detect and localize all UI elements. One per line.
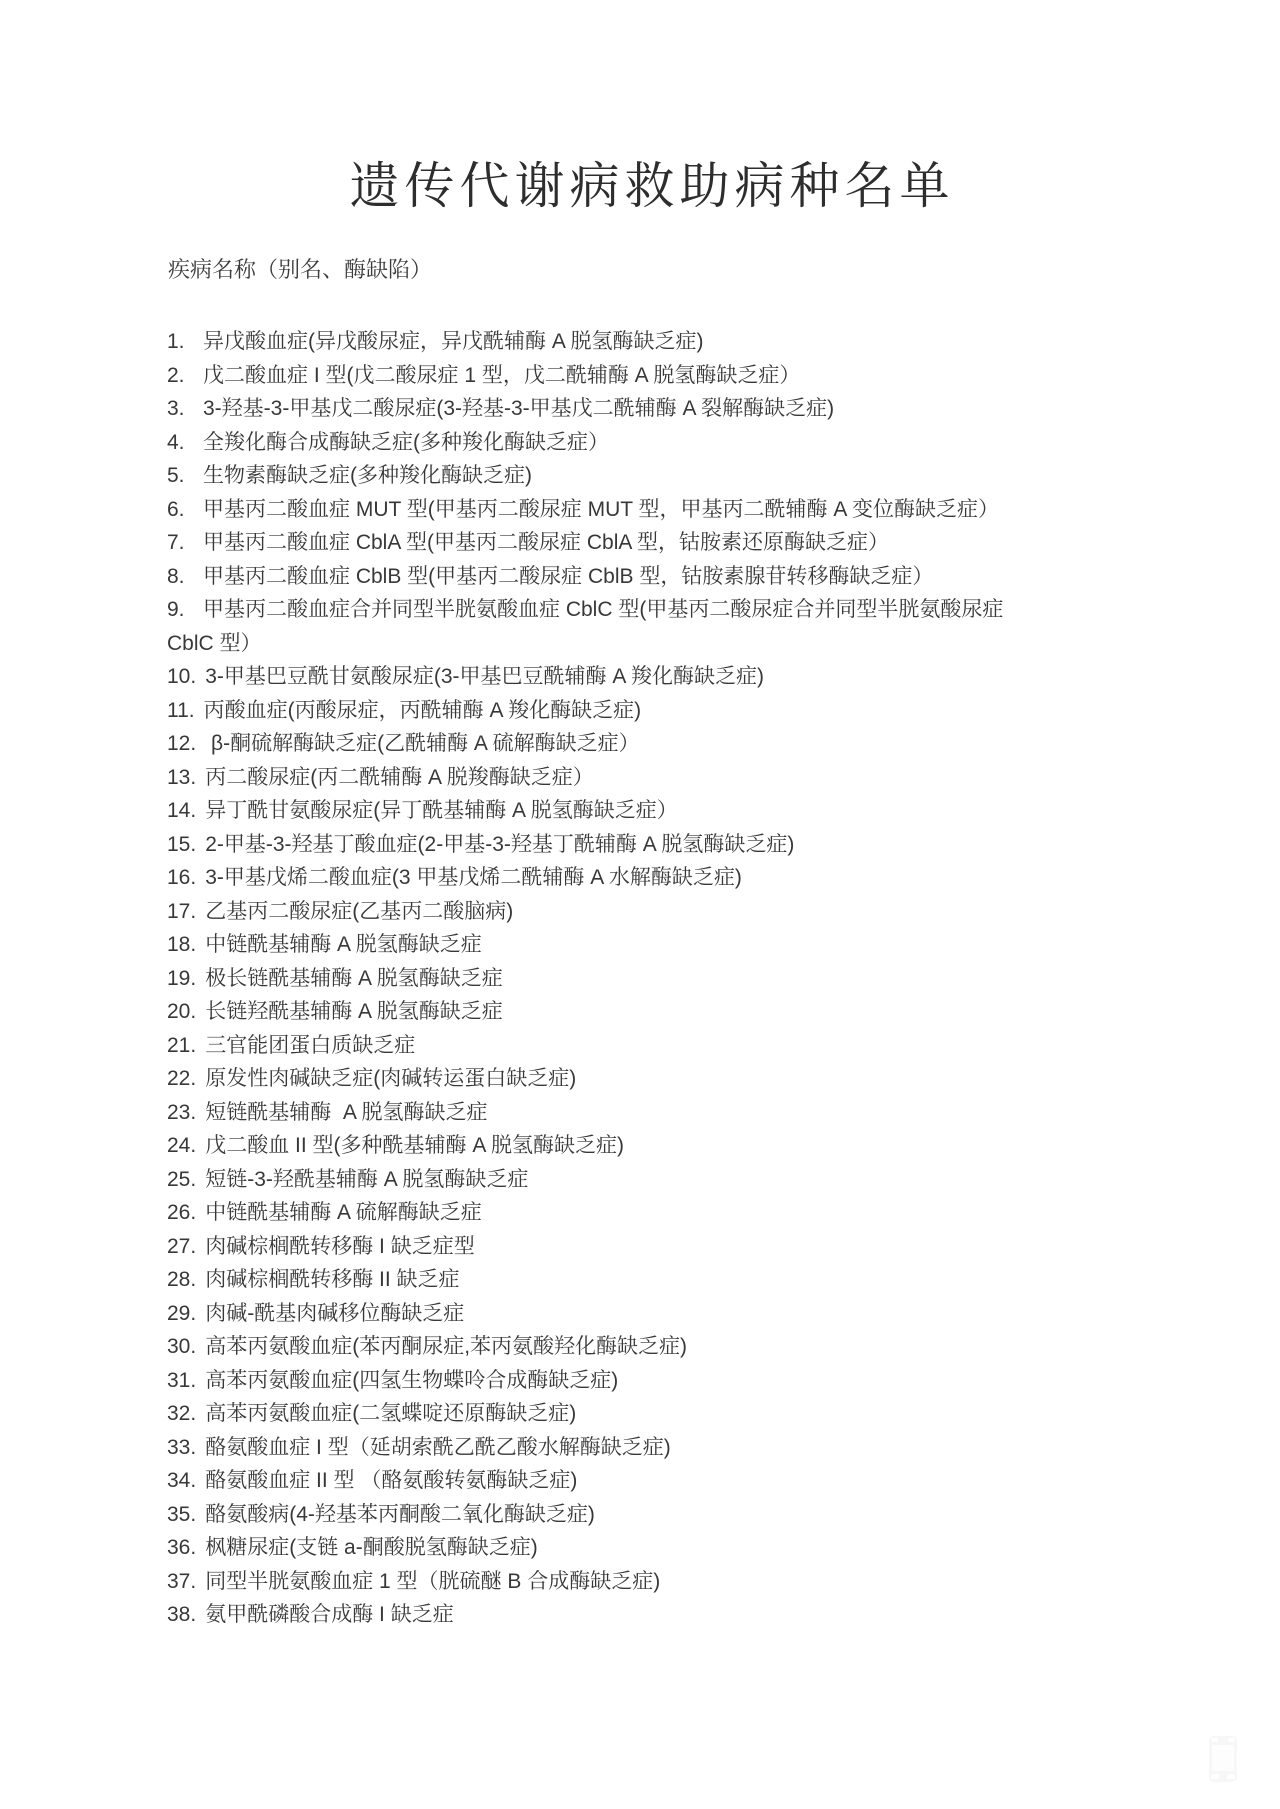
list-item: 19.极长链酰基辅酶 A 脱氢酶缺乏症 xyxy=(167,962,1187,996)
list-item: 6.甲基丙二酸血症 MUT 型(甲基丙二酸尿症 MUT 型，甲基丙二酰辅酶 A … xyxy=(167,493,1187,527)
item-number: 34. xyxy=(167,1464,196,1498)
list-item: 30.高苯丙氨酸血症(苯丙酮尿症,苯丙氨酸羟化酶缺乏症) xyxy=(167,1330,1187,1364)
item-number: 10. xyxy=(167,660,196,694)
item-text: 高苯丙氨酸血症(苯丙酮尿症,苯丙氨酸羟化酶缺乏症) xyxy=(205,1330,687,1364)
item-text: 3-羟基-3-甲基戊二酸尿症(3-羟基-3-甲基戊二酰辅酶 A 裂解酶缺乏症) xyxy=(203,392,834,426)
item-number: 37. xyxy=(167,1565,196,1599)
item-number: 4. xyxy=(167,426,194,460)
item-number: 9. xyxy=(167,593,194,627)
list-item: 36.枫糖尿症(支链 a-酮酸脱氢酶缺乏症) xyxy=(167,1531,1187,1565)
item-number: 21. xyxy=(167,1029,196,1063)
list-item: 20.长链羟酰基辅酶 A 脱氢酶缺乏症 xyxy=(167,995,1187,1029)
item-number: 8. xyxy=(167,560,194,594)
item-number: 32. xyxy=(167,1397,196,1431)
item-text: 异戊酸血症(异戊酸尿症，异戊酰辅酶 A 脱氢酶缺乏症) xyxy=(203,325,704,359)
item-number: 1. xyxy=(167,325,194,359)
item-text: 枫糖尿症(支链 a-酮酸脱氢酶缺乏症) xyxy=(205,1531,538,1565)
list-item: 26.中链酰基辅酶 A 硫解酶缺乏症 xyxy=(167,1196,1187,1230)
item-number: 14. xyxy=(167,794,196,828)
item-text: 甲基丙二酸血症 CblA 型(甲基丙二酸尿症 CblA 型，钴胺素还原酶缺乏症） xyxy=(203,526,889,560)
list-item: 18.中链酰基辅酶 A 脱氢酶缺乏症 xyxy=(167,928,1187,962)
list-item: 12. β-酮硫解酶缺乏症(乙酰辅酶 A 硫解酶缺乏症） xyxy=(167,727,1187,761)
item-text-continuation: CblC 型） xyxy=(167,627,262,661)
list-item: 32.高苯丙氨酸血症(二氢蝶啶还原酶缺乏症) xyxy=(167,1397,1187,1431)
item-text: 中链酰基辅酶 A 脱氢酶缺乏症 xyxy=(205,928,482,962)
list-item: 15.2-甲基-3-羟基丁酸血症(2-甲基-3-羟基丁酰辅酶 A 脱氢酶缺乏症) xyxy=(167,828,1187,862)
item-number: 23. xyxy=(167,1096,196,1130)
phone-icon-detail xyxy=(1228,1738,1235,1742)
list-item: 1.异戊酸血症(异戊酸尿症，异戊酰辅酶 A 脱氢酶缺乏症) xyxy=(167,325,1187,359)
item-text: 氨甲酰磷酸合成酶 I 缺乏症 xyxy=(205,1598,454,1632)
page-title: 遗传代谢病救助病种名单 xyxy=(0,158,1280,214)
item-text: 高苯丙氨酸血症(二氢蝶啶还原酶缺乏症) xyxy=(205,1397,576,1431)
list-item: 38.氨甲酰磷酸合成酶 I 缺乏症 xyxy=(167,1598,1187,1632)
item-number: 13. xyxy=(167,761,196,795)
item-number: 2. xyxy=(167,359,194,393)
disease-list: 1.异戊酸血症(异戊酸尿症，异戊酰辅酶 A 脱氢酶缺乏症)2.戊二酸血症 I 型… xyxy=(167,325,1187,1632)
item-number: 12. xyxy=(167,727,196,761)
item-number: 38. xyxy=(167,1598,196,1632)
item-number: 25. xyxy=(167,1163,196,1197)
item-text: 戊二酸血症 I 型(戊二酸尿症 1 型，戊二酰辅酶 A 脱氢酶缺乏症） xyxy=(203,359,800,393)
phone-icon-detail xyxy=(1227,1774,1235,1779)
list-item: 22.原发性肉碱缺乏症(肉碱转运蛋白缺乏症) xyxy=(167,1062,1187,1096)
item-number: 11. xyxy=(167,694,195,728)
item-number: 20. xyxy=(167,995,196,1029)
item-number: 36. xyxy=(167,1531,196,1565)
item-number: 35. xyxy=(167,1498,196,1532)
item-text: 异丁酰甘氨酸尿症(异丁酰基辅酶 A 脱氢酶缺乏症） xyxy=(205,794,678,828)
list-item: 17.乙基丙二酸尿症(乙基丙二酸脑病) xyxy=(167,895,1187,929)
list-item: 28.肉碱棕榈酰转移酶 II 缺乏症 xyxy=(167,1263,1187,1297)
item-number: 30. xyxy=(167,1330,196,1364)
item-text: 戊二酸血 II 型(多种酰基辅酶 A 脱氢酶缺乏症) xyxy=(205,1129,624,1163)
item-text: β-酮硫解酶缺乏症(乙酰辅酶 A 硫解酶缺乏症） xyxy=(205,727,639,761)
list-item: 24.戊二酸血 II 型(多种酰基辅酶 A 脱氢酶缺乏症) xyxy=(167,1129,1187,1163)
list-item: 35.酪氨酸病(4-羟基苯丙酮酸二氧化酶缺乏症) xyxy=(167,1498,1187,1532)
phone-icon-detail xyxy=(1211,1774,1219,1779)
item-text: 极长链酰基辅酶 A 脱氢酶缺乏症 xyxy=(205,962,503,996)
item-text: 甲基丙二酸血症 CblB 型(甲基丙二酸尿症 CblB 型，钴胺素腺苷转移酶缺乏… xyxy=(203,560,933,594)
item-number: 19. xyxy=(167,962,196,996)
item-number: 24. xyxy=(167,1129,196,1163)
item-text: 甲基丙二酸血症 MUT 型(甲基丙二酸尿症 MUT 型，甲基丙二酰辅酶 A 变位… xyxy=(203,493,999,527)
list-item: 37.同型半胱氨酸血症 1 型（胱硫醚 B 合成酶缺乏症) xyxy=(167,1565,1187,1599)
item-number: 33. xyxy=(167,1431,196,1465)
phone-icon-detail xyxy=(1211,1738,1218,1742)
list-item-continuation: CblC 型） xyxy=(167,627,1187,661)
item-text: 高苯丙氨酸血症(四氢生物蝶呤合成酶缺乏症) xyxy=(205,1364,618,1398)
subtitle: 疾病名称（别名、酶缺陷） xyxy=(168,256,432,284)
item-number: 15. xyxy=(167,828,196,862)
list-item: 2.戊二酸血症 I 型(戊二酸尿症 1 型，戊二酰辅酶 A 脱氢酶缺乏症） xyxy=(167,359,1187,393)
item-number: 17. xyxy=(167,895,196,929)
item-text: 长链羟酰基辅酶 A 脱氢酶缺乏症 xyxy=(205,995,503,1029)
list-item: 34.酪氨酸血症 II 型 （酪氨酸转氨酶缺乏症) xyxy=(167,1464,1187,1498)
list-item: 8.甲基丙二酸血症 CblB 型(甲基丙二酸尿症 CblB 型，钴胺素腺苷转移酶… xyxy=(167,560,1187,594)
item-text: 甲基丙二酸血症合并同型半胱氨酸血症 CblC 型(甲基丙二酸尿症合并同型半胱氨酸… xyxy=(203,593,1003,627)
list-item: 10.3-甲基巴豆酰甘氨酸尿症(3-甲基巴豆酰辅酶 A 羧化酶缺乏症) xyxy=(167,660,1187,694)
list-item: 25.短链-3-羟酰基辅酶 A 脱氢酶缺乏症 xyxy=(167,1163,1187,1197)
item-number: 18. xyxy=(167,928,196,962)
item-text: 肉碱棕榈酰转移酶 II 缺乏症 xyxy=(205,1263,459,1297)
item-text: 肉碱-酰基肉碱移位酶缺乏症 xyxy=(205,1297,464,1331)
list-item: 23.短链酰基辅酶 A 脱氢酶缺乏症 xyxy=(167,1096,1187,1130)
item-text: 3-甲基戊烯二酸血症(3 甲基戊烯二酰辅酶 A 水解酶缺乏症) xyxy=(205,861,742,895)
item-text: 乙基丙二酸尿症(乙基丙二酸脑病) xyxy=(205,895,513,929)
document-page: 遗传代谢病救助病种名单 疾病名称（别名、酶缺陷） 1.异戊酸血症(异戊酸尿症，异… xyxy=(0,0,1280,1809)
list-item: 33.酪氨酸血症 I 型（延胡索酰乙酰乙酸水解酶缺乏症) xyxy=(167,1431,1187,1465)
item-text: 肉碱棕榈酰转移酶 I 缺乏症型 xyxy=(205,1230,475,1264)
item-text: 丙二酸尿症(丙二酰辅酶 A 脱羧酶缺乏症） xyxy=(205,761,594,795)
item-text: 酪氨酸血症 II 型 （酪氨酸转氨酶缺乏症) xyxy=(205,1464,577,1498)
list-item: 31.高苯丙氨酸血症(四氢生物蝶呤合成酶缺乏症) xyxy=(167,1364,1187,1398)
phone-icon-screen xyxy=(1212,1745,1234,1771)
item-number: 6. xyxy=(167,493,194,527)
item-number: 3. xyxy=(167,392,194,426)
phone-watermark-icon xyxy=(1209,1736,1237,1782)
item-text: 短链酰基辅酶 A 脱氢酶缺乏症 xyxy=(205,1096,487,1130)
item-number: 27. xyxy=(167,1230,196,1264)
list-item: 13.丙二酸尿症(丙二酰辅酶 A 脱羧酶缺乏症） xyxy=(167,761,1187,795)
list-item: 14.异丁酰甘氨酸尿症(异丁酰基辅酶 A 脱氢酶缺乏症） xyxy=(167,794,1187,828)
item-text: 2-甲基-3-羟基丁酸血症(2-甲基-3-羟基丁酰辅酶 A 脱氢酶缺乏症) xyxy=(205,828,794,862)
item-text: 酪氨酸病(4-羟基苯丙酮酸二氧化酶缺乏症) xyxy=(205,1498,595,1532)
list-item: 16.3-甲基戊烯二酸血症(3 甲基戊烯二酰辅酶 A 水解酶缺乏症) xyxy=(167,861,1187,895)
list-item: 4.全羧化酶合成酶缺乏症(多种羧化酶缺乏症） xyxy=(167,426,1187,460)
item-number: 16. xyxy=(167,861,196,895)
list-item: 7.甲基丙二酸血症 CblA 型(甲基丙二酸尿症 CblA 型，钴胺素还原酶缺乏… xyxy=(167,526,1187,560)
list-item: 27.肉碱棕榈酰转移酶 I 缺乏症型 xyxy=(167,1230,1187,1264)
item-text: 三官能团蛋白质缺乏症 xyxy=(205,1029,415,1063)
item-number: 22. xyxy=(167,1062,196,1096)
item-number: 28. xyxy=(167,1263,196,1297)
item-text: 生物素酶缺乏症(多种羧化酶缺乏症) xyxy=(203,459,532,493)
item-number: 26. xyxy=(167,1196,196,1230)
list-item: 11.丙酸血症(丙酸尿症，丙酰辅酶 A 羧化酶缺乏症) xyxy=(167,694,1187,728)
list-item: 9.甲基丙二酸血症合并同型半胱氨酸血症 CblC 型(甲基丙二酸尿症合并同型半胱… xyxy=(167,593,1187,627)
item-text: 同型半胱氨酸血症 1 型（胱硫醚 B 合成酶缺乏症) xyxy=(205,1565,660,1599)
item-text: 全羧化酶合成酶缺乏症(多种羧化酶缺乏症） xyxy=(203,426,609,460)
list-item: 3.3-羟基-3-甲基戊二酸尿症(3-羟基-3-甲基戊二酰辅酶 A 裂解酶缺乏症… xyxy=(167,392,1187,426)
item-text: 酪氨酸血症 I 型（延胡索酰乙酰乙酸水解酶缺乏症) xyxy=(205,1431,671,1465)
item-text: 原发性肉碱缺乏症(肉碱转运蛋白缺乏症) xyxy=(205,1062,576,1096)
item-text: 丙酸血症(丙酸尿症，丙酰辅酶 A 羧化酶缺乏症) xyxy=(204,694,642,728)
item-text: 3-甲基巴豆酰甘氨酸尿症(3-甲基巴豆酰辅酶 A 羧化酶缺乏症) xyxy=(205,660,764,694)
item-number: 29. xyxy=(167,1297,196,1331)
list-item: 5.生物素酶缺乏症(多种羧化酶缺乏症) xyxy=(167,459,1187,493)
item-text: 短链-3-羟酰基辅酶 A 脱氢酶缺乏症 xyxy=(205,1163,528,1197)
item-number: 31. xyxy=(167,1364,196,1398)
item-number: 5. xyxy=(167,459,194,493)
item-number: 7. xyxy=(167,526,194,560)
list-item: 21.三官能团蛋白质缺乏症 xyxy=(167,1029,1187,1063)
list-item: 29.肉碱-酰基肉碱移位酶缺乏症 xyxy=(167,1297,1187,1331)
item-text: 中链酰基辅酶 A 硫解酶缺乏症 xyxy=(205,1196,482,1230)
